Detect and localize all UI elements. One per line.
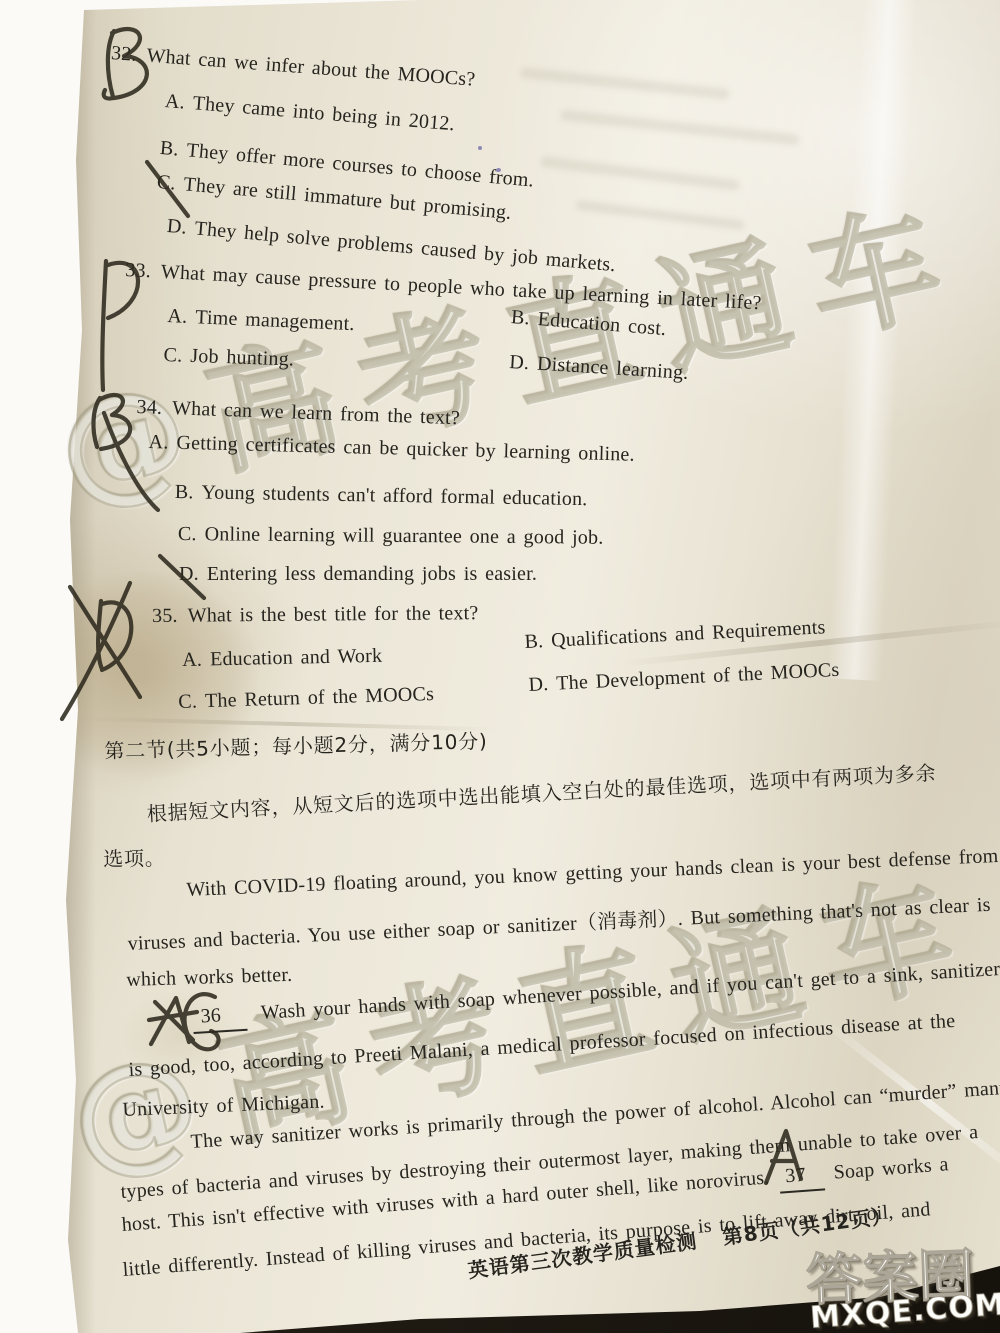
handwritten-answer-q37-A bbox=[766, 1131, 801, 1183]
handwritten-answer-q32-B bbox=[104, 29, 147, 98]
handwritten-answer-q36-G bbox=[149, 994, 219, 1049]
handwritten-answer-q35-D-crossed bbox=[62, 583, 140, 719]
exam-paper-photo: @高考直通车 @高考直通车 32.What can we infer about… bbox=[0, 0, 1000, 1333]
handwritten-answer-q34-B bbox=[93, 395, 158, 510]
slash-q32-option-c bbox=[147, 162, 188, 216]
handwritten-answer-q33-D bbox=[102, 261, 138, 390]
handwritten-marks bbox=[0, 0, 1000, 1333]
slash-q34-option-d bbox=[160, 556, 204, 598]
